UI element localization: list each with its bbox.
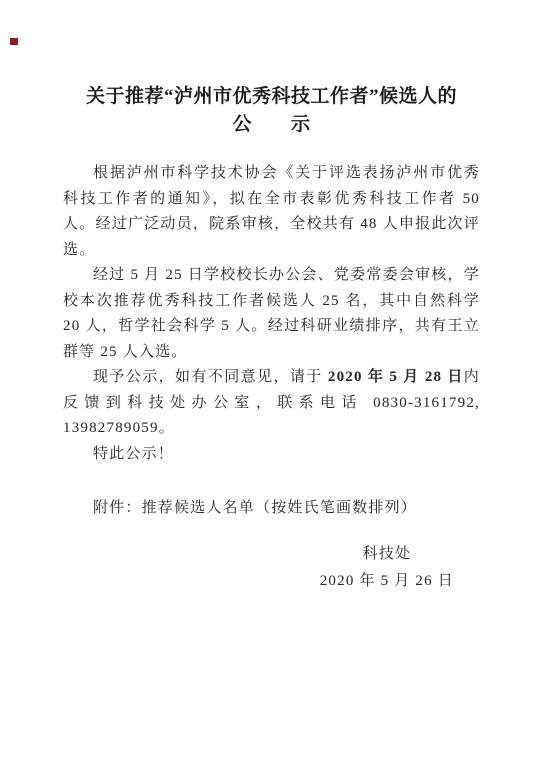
paragraph-closing: 特此公示！: [63, 442, 480, 468]
title-line-2: 公 示: [63, 111, 480, 139]
feedback-prefix: 现予公示，如有不同意见，请于: [93, 369, 328, 385]
document-page: 关于推荐“泸州市优秀科技工作者”候选人的 公 示 根据泸州市科学技术协会《关于评…: [0, 0, 543, 768]
feedback-deadline: 2020 年 5 月 28 日: [328, 369, 464, 385]
paragraph-feedback: 现予公示，如有不同意见，请于 2020 年 5 月 28 日内反馈到科技处办公室…: [63, 365, 480, 442]
red-corner-mark: [10, 38, 18, 45]
attachment-line: 附件：推荐候选人名单（按姓氏笔画数排列）: [63, 496, 480, 522]
title-line-1: 关于推荐“泸州市优秀科技工作者”候选人的: [63, 83, 480, 111]
signature-department: 科技处: [320, 542, 454, 568]
signature-block: 科技处 2020 年 5 月 26 日: [320, 542, 454, 595]
paragraph-review-result: 经过 5 月 25 日学校校长办公会、党委常委会审核，学校本次推荐优秀科技工作者…: [63, 263, 480, 365]
signature-date: 2020 年 5 月 26 日: [320, 569, 454, 595]
document-title: 关于推荐“泸州市优秀科技工作者”候选人的 公 示: [63, 83, 480, 139]
paragraph-basis: 根据泸州市科学技术协会《关于评选表扬泸州市优秀科技工作者的通知》，拟在全市表彰优…: [63, 161, 480, 263]
document-content: 关于推荐“泸州市优秀科技工作者”候选人的 公 示 根据泸州市科学技术协会《关于评…: [63, 83, 480, 595]
